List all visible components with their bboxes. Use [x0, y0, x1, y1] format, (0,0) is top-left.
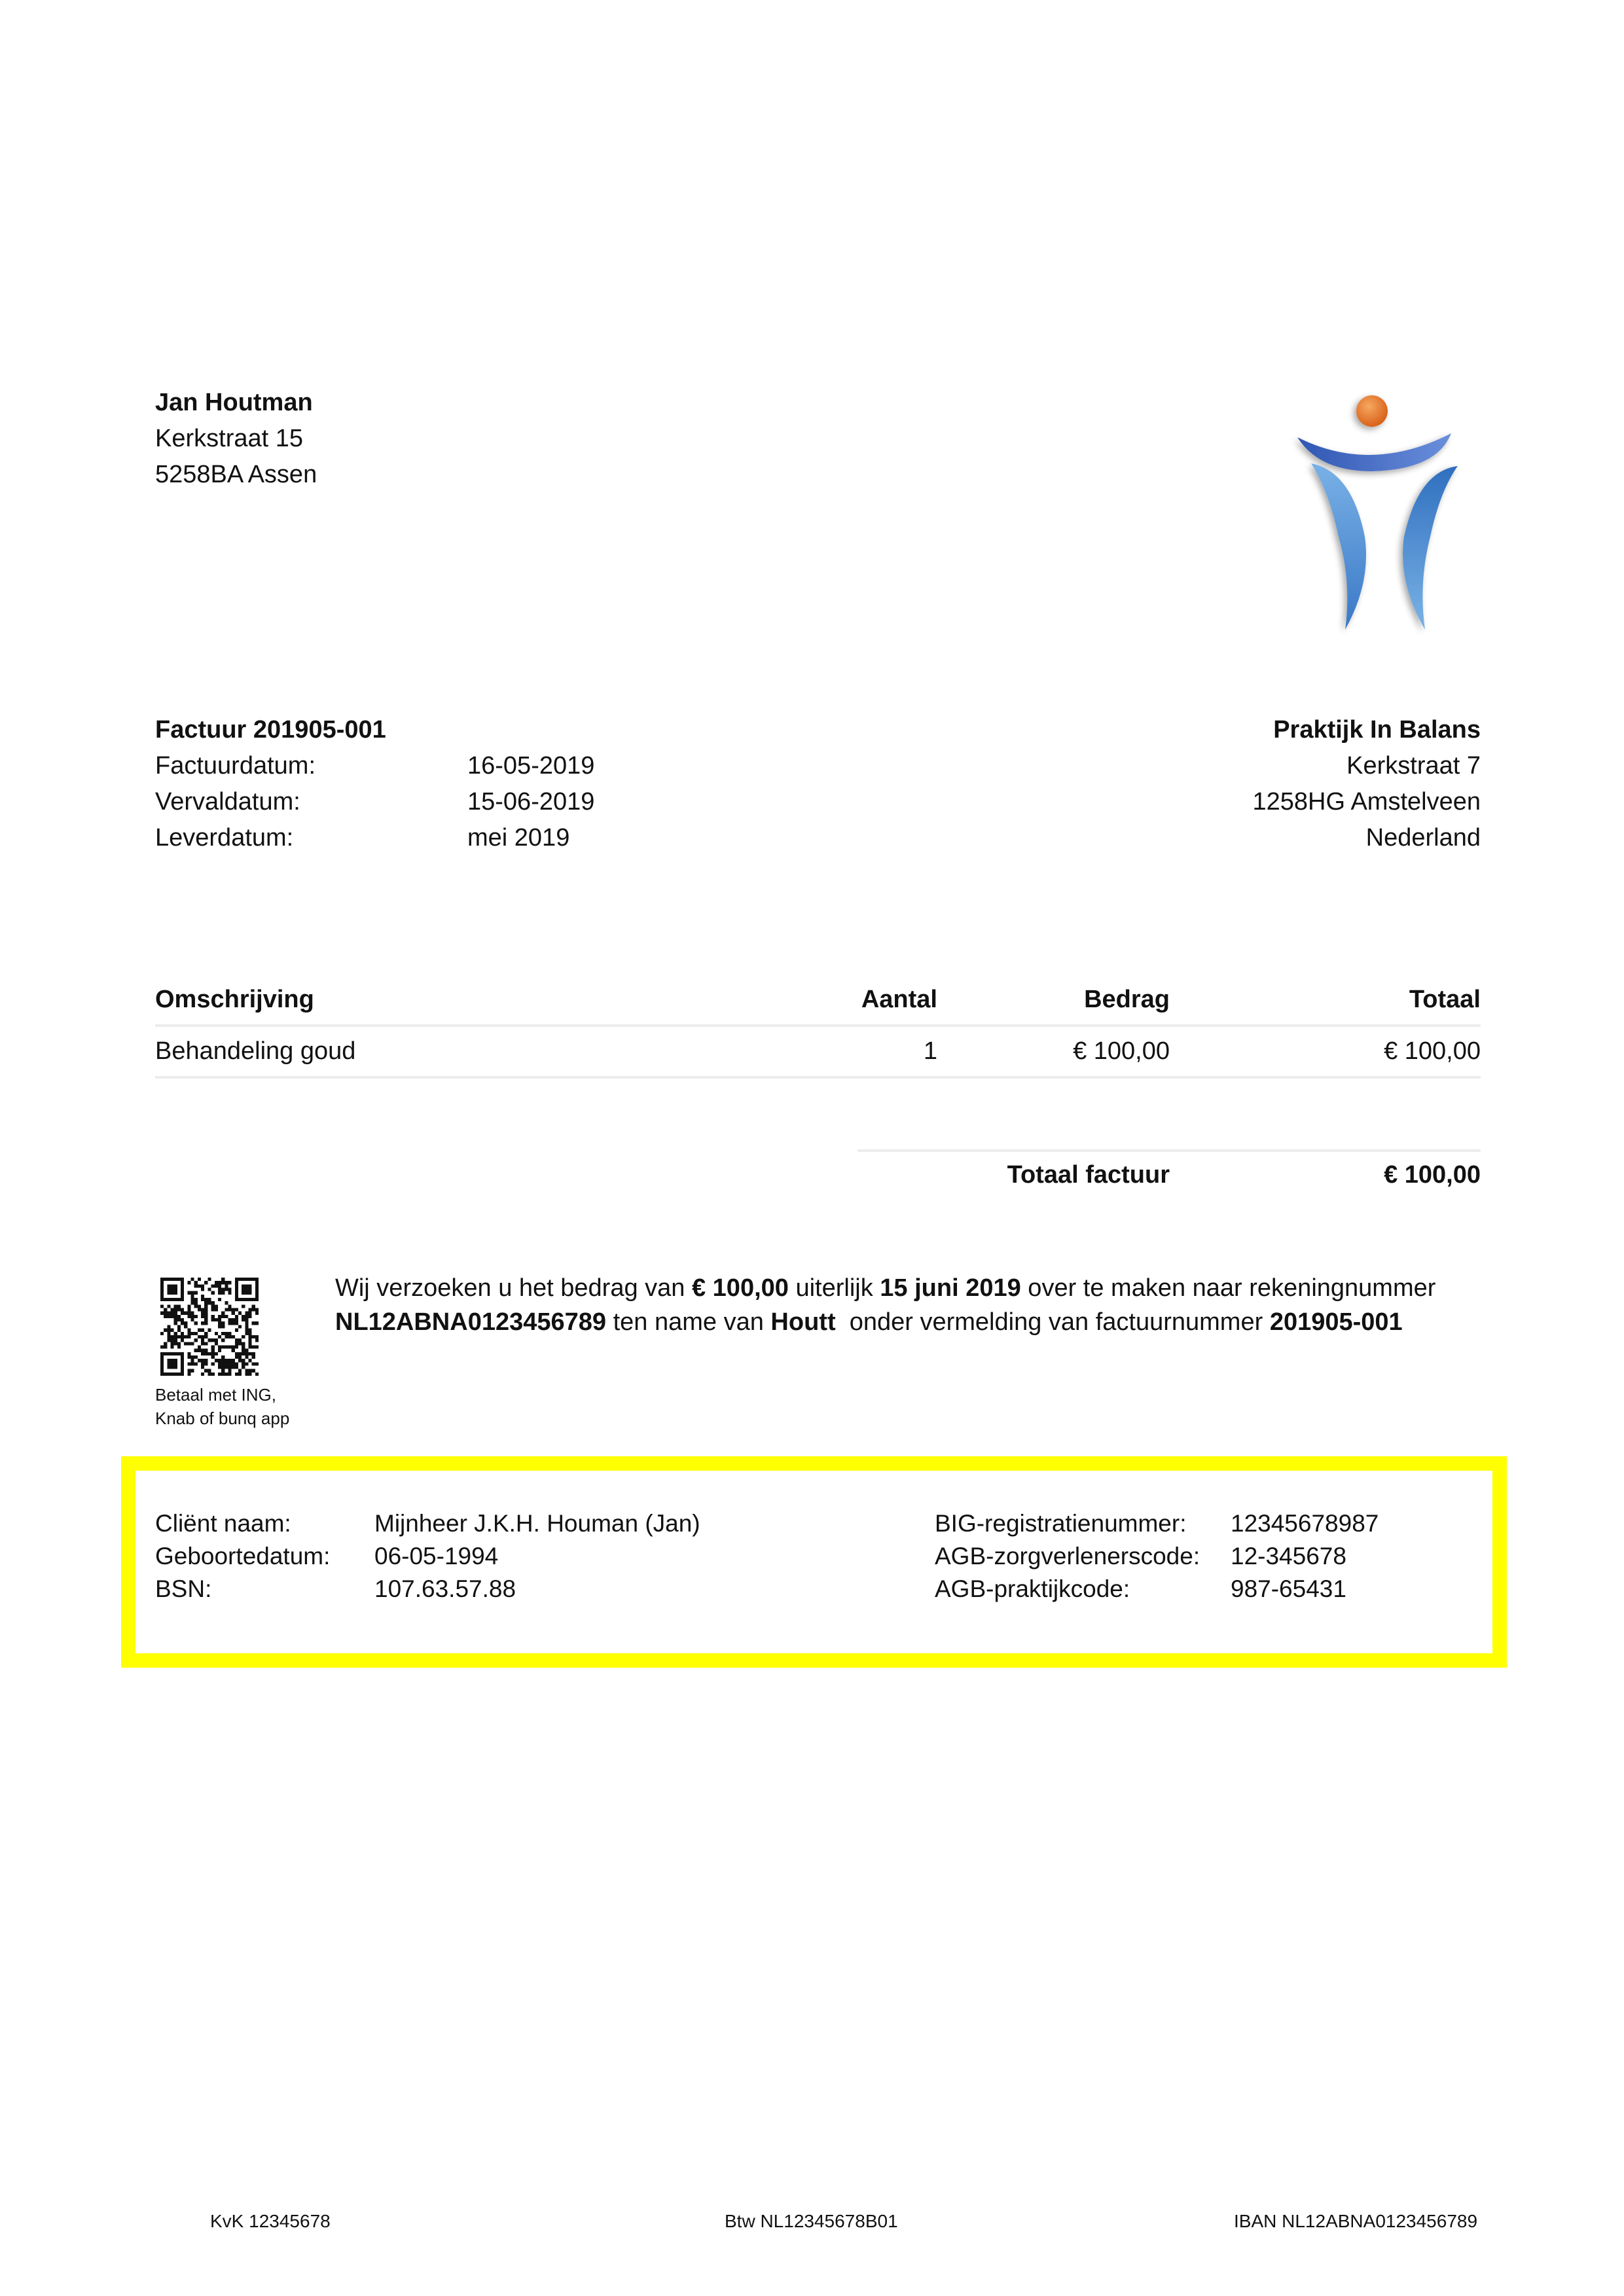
payment-text: Wij verzoeken u het bedrag van	[335, 1274, 692, 1302]
table-row: Behandeling goud 1 € 100,00 € 100,00	[155, 1033, 1481, 1069]
divider	[155, 1024, 1481, 1027]
cell-total: € 100,00	[1170, 1037, 1481, 1066]
payment-instructions: Wij verzoeken u het bedrag van € 100,00 …	[335, 1271, 1435, 1339]
payment-emphasis: 201905-001	[1270, 1308, 1403, 1336]
birthdate-label: Geboortedatum:	[155, 1540, 374, 1573]
due-date-row: Vervaldatum: 15-06-2019	[155, 784, 594, 820]
client-name-label: Cliënt naam:	[155, 1507, 374, 1540]
qr-caption-line1: Betaal met ING,	[155, 1383, 289, 1407]
big-value: 12345678987	[1231, 1507, 1379, 1540]
cell-amount: € 100,00	[937, 1037, 1170, 1066]
divider	[155, 1076, 1481, 1079]
practice-country: Nederland	[1252, 820, 1481, 856]
delivery-date-row: Leverdatum: mei 2019	[155, 820, 594, 856]
sender-street: Kerkstraat 15	[155, 421, 317, 457]
payment-text: uiterlijk	[789, 1274, 880, 1302]
qr-code-icon[interactable]	[160, 1278, 259, 1376]
footer-iban: IBAN NL12ABNA0123456789	[1234, 2211, 1477, 2232]
payment-emphasis: 15 juni 2019	[880, 1274, 1020, 1302]
table-header: Omschrijving Aantal Bedrag Totaal	[155, 982, 1481, 1018]
payment-emphasis: € 100,00	[692, 1274, 789, 1302]
payment-text: ten name van	[606, 1308, 770, 1336]
total-value: € 100,00	[1170, 1161, 1481, 1189]
due-date-value: 15-06-2019	[467, 784, 594, 820]
header-amount: Bedrag	[937, 986, 1170, 1014]
big-label: BIG-registratienummer:	[935, 1507, 1231, 1540]
sender-address: Jan Houtman Kerkstraat 15 5258BA Assen	[155, 385, 317, 493]
practice-address: Praktijk In Balans Kerkstraat 7 1258HG A…	[1252, 712, 1481, 856]
bsn-label: BSN:	[155, 1573, 374, 1605]
cell-description: Behandeling goud	[155, 1037, 806, 1066]
provider-details: BIG-registratienummer: 12345678987 AGB-z…	[935, 1507, 1379, 1605]
invoice-meta: Factuur 201905-001 Factuurdatum: 16-05-2…	[155, 712, 594, 856]
payment-line-2: NL12ABNA0123456789 ten name van Houtt on…	[335, 1305, 1435, 1339]
big-row: BIG-registratienummer: 12345678987	[935, 1507, 1379, 1540]
bsn-row: BSN: 107.63.57.88	[155, 1573, 700, 1605]
invoice-date-value: 16-05-2019	[467, 748, 594, 784]
invoice-title: Factuur 201905-001	[155, 712, 594, 748]
cell-quantity: 1	[806, 1037, 937, 1066]
birthdate-value: 06-05-1994	[374, 1540, 498, 1573]
payment-emphasis: NL12ABNA0123456789	[335, 1308, 606, 1336]
total-row: Totaal factuur € 100,00	[857, 1152, 1481, 1198]
payment-text: onder vermelding van factuurnummer	[836, 1308, 1270, 1336]
qr-caption: Betaal met ING, Knab of bunq app	[155, 1383, 289, 1430]
items-table: Omschrijving Aantal Bedrag Totaal Behand…	[155, 982, 1481, 1085]
client-name-value: Mijnheer J.K.H. Houman (Jan)	[374, 1507, 700, 1540]
header-description: Omschrijving	[155, 986, 806, 1014]
header-quantity: Aantal	[806, 986, 937, 1014]
invoice-totals: Totaal factuur € 100,00	[857, 1149, 1481, 1198]
agb-provider-value: 12-345678	[1231, 1540, 1346, 1573]
invoice-date-label: Factuurdatum:	[155, 748, 467, 784]
due-date-label: Vervaldatum:	[155, 784, 467, 820]
sender-name: Jan Houtman	[155, 385, 317, 421]
total-label: Totaal factuur	[857, 1161, 1170, 1189]
header-total: Totaal	[1170, 986, 1481, 1014]
person-figure-logo-icon	[1273, 386, 1476, 635]
agb-practice-label: AGB-praktijkcode:	[935, 1573, 1231, 1605]
agb-provider-label: AGB-zorgverlenerscode:	[935, 1540, 1231, 1573]
bsn-value: 107.63.57.88	[374, 1573, 516, 1605]
sender-postal-city: 5258BA Assen	[155, 457, 317, 493]
practice-name: Praktijk In Balans	[1252, 712, 1481, 748]
agb-provider-row: AGB-zorgverlenerscode: 12-345678	[935, 1540, 1379, 1573]
payment-emphasis: Houtt	[770, 1308, 835, 1336]
practice-postal-city: 1258HG Amstelveen	[1252, 784, 1481, 820]
delivery-date-value: mei 2019	[467, 820, 569, 856]
footer-kvk: KvK 12345678	[210, 2211, 331, 2232]
payment-text: over te maken naar rekeningnummer	[1021, 1274, 1436, 1302]
client-details: Cliënt naam: Mijnheer J.K.H. Houman (Jan…	[155, 1507, 700, 1605]
client-name-row: Cliënt naam: Mijnheer J.K.H. Houman (Jan…	[155, 1507, 700, 1540]
practice-street: Kerkstraat 7	[1252, 748, 1481, 784]
agb-practice-row: AGB-praktijkcode: 987-65431	[935, 1573, 1379, 1605]
agb-practice-value: 987-65431	[1231, 1573, 1346, 1605]
footer-btw: Btw NL12345678B01	[725, 2211, 898, 2232]
delivery-date-label: Leverdatum:	[155, 820, 467, 856]
birthdate-row: Geboortedatum: 06-05-1994	[155, 1540, 700, 1573]
payment-line-1: Wij verzoeken u het bedrag van € 100,00 …	[335, 1271, 1435, 1305]
qr-caption-line2: Knab of bunq app	[155, 1407, 289, 1430]
invoice-date-row: Factuurdatum: 16-05-2019	[155, 748, 594, 784]
